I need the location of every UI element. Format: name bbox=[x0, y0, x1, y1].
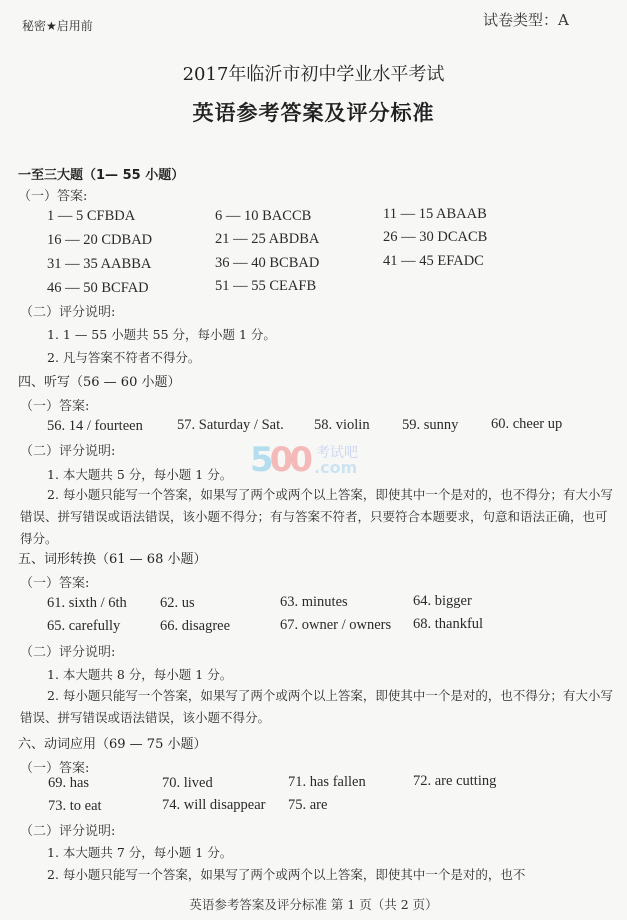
scoring-note-paragraph: 2. 每小题只能写一个答案，如果写了两个或两个以上答案，即使其中一个是对的，也不… bbox=[20, 484, 616, 550]
answer-group: 1 — 5 CFBDA bbox=[47, 208, 135, 225]
answer-group: 36 — 40 BCBAD bbox=[215, 255, 319, 272]
scoring-note-paragraph: 2. 每小题只能写一个答案，如果写了两个或两个以上答案，即使其中一个是对的，也不… bbox=[20, 685, 616, 729]
answer-item: 57. Saturday / Sat. bbox=[177, 417, 284, 434]
answer-item: 58. violin bbox=[314, 417, 370, 434]
document-subtitle: 英语参考答案及评分标准 bbox=[0, 97, 627, 127]
answers-label: （一）答案: bbox=[20, 757, 89, 776]
exam-title: 2017年临沂市初中学业水平考试 bbox=[0, 60, 627, 86]
paper-type-label: 试卷类型：A bbox=[483, 9, 569, 30]
answers-label: （一）答案: bbox=[18, 185, 87, 204]
watermark-site-com: .com bbox=[314, 458, 357, 477]
answer-item: 67. owner / owners bbox=[280, 617, 391, 634]
section-heading-1-55: 一至三大题（1— 55 小题） bbox=[18, 164, 184, 183]
answer-item: 63. minutes bbox=[280, 594, 348, 611]
answer-group: 16 — 20 CDBAD bbox=[47, 232, 152, 249]
answer-group: 21 — 25 ABDBA bbox=[215, 231, 319, 248]
answer-item: 61. sixth / 6th bbox=[47, 595, 127, 612]
scoring-notes-label: （二）评分说明: bbox=[20, 820, 115, 839]
section-heading-61-68: 五、词形转换（61 — 68 小题） bbox=[18, 548, 206, 567]
answer-item: 70. lived bbox=[162, 775, 213, 792]
answer-group: 41 — 45 EFADC bbox=[383, 253, 484, 270]
scoring-note: 1. 本大题共 5 分，每小题 1 分。 bbox=[47, 465, 232, 483]
scoring-notes-label: （二）评分说明: bbox=[20, 301, 115, 320]
answer-item: 71. has fallen bbox=[288, 774, 366, 791]
scoring-note: 2. 每小题只能写一个答案，如果写了两个或两个以上答案，即使其中一个是对的，也不 bbox=[47, 865, 525, 883]
scoring-note: 2. 凡与答案不符者不得分。 bbox=[47, 348, 200, 366]
answer-group: 51 — 55 CEAFB bbox=[215, 278, 316, 295]
answer-group: 6 — 10 BACCB bbox=[215, 208, 311, 225]
answer-group: 11 — 15 ABAAB bbox=[383, 206, 487, 223]
watermark-logo-mark: 500 bbox=[250, 440, 309, 480]
answer-item: 56. 14 / fourteen bbox=[47, 418, 143, 435]
page-footer: 英语参考答案及评分标准 第 1 页（共 2 页） bbox=[0, 895, 627, 913]
answer-item: 62. us bbox=[160, 595, 195, 612]
watermark-logo: 500 考试吧 .com bbox=[250, 440, 309, 480]
answer-item: 74. will disappear bbox=[162, 797, 266, 814]
answer-item: 65. carefully bbox=[47, 618, 120, 635]
answer-item: 66. disagree bbox=[160, 618, 230, 635]
section-heading-56-60: 四、听写（56 — 60 小题） bbox=[18, 371, 180, 390]
answer-item: 59. sunny bbox=[402, 417, 458, 434]
scoring-note: 1. 1 — 55 小题共 55 分，每小题 1 分。 bbox=[47, 325, 276, 343]
answer-item: 68. thankful bbox=[413, 616, 483, 633]
answer-group: 26 — 30 DCACB bbox=[383, 229, 487, 246]
section-heading-69-75: 六、动词应用（69 — 75 小题） bbox=[18, 733, 206, 752]
answer-item: 60. cheer up bbox=[491, 416, 562, 433]
answers-label: （一）答案: bbox=[20, 395, 89, 414]
scoring-note: 1. 本大题共 7 分，每小题 1 分。 bbox=[47, 843, 232, 861]
answer-item: 75. are bbox=[288, 797, 327, 814]
answers-label: （一）答案: bbox=[20, 572, 89, 591]
answer-item: 73. to eat bbox=[48, 798, 102, 815]
answer-item: 64. bigger bbox=[413, 593, 472, 610]
scoring-notes-label: （二）评分说明: bbox=[20, 641, 115, 660]
scoring-notes-label: （二）评分说明: bbox=[20, 440, 115, 459]
answer-item: 72. are cutting bbox=[413, 773, 496, 790]
answer-group: 46 — 50 BCFAD bbox=[47, 280, 149, 297]
confidential-label: 秘密★启用前 bbox=[22, 17, 93, 34]
answer-item: 69. has bbox=[48, 775, 89, 792]
scoring-note: 1. 本大题共 8 分，每小题 1 分。 bbox=[47, 665, 232, 683]
answer-group: 31 — 35 AABBA bbox=[47, 256, 151, 273]
